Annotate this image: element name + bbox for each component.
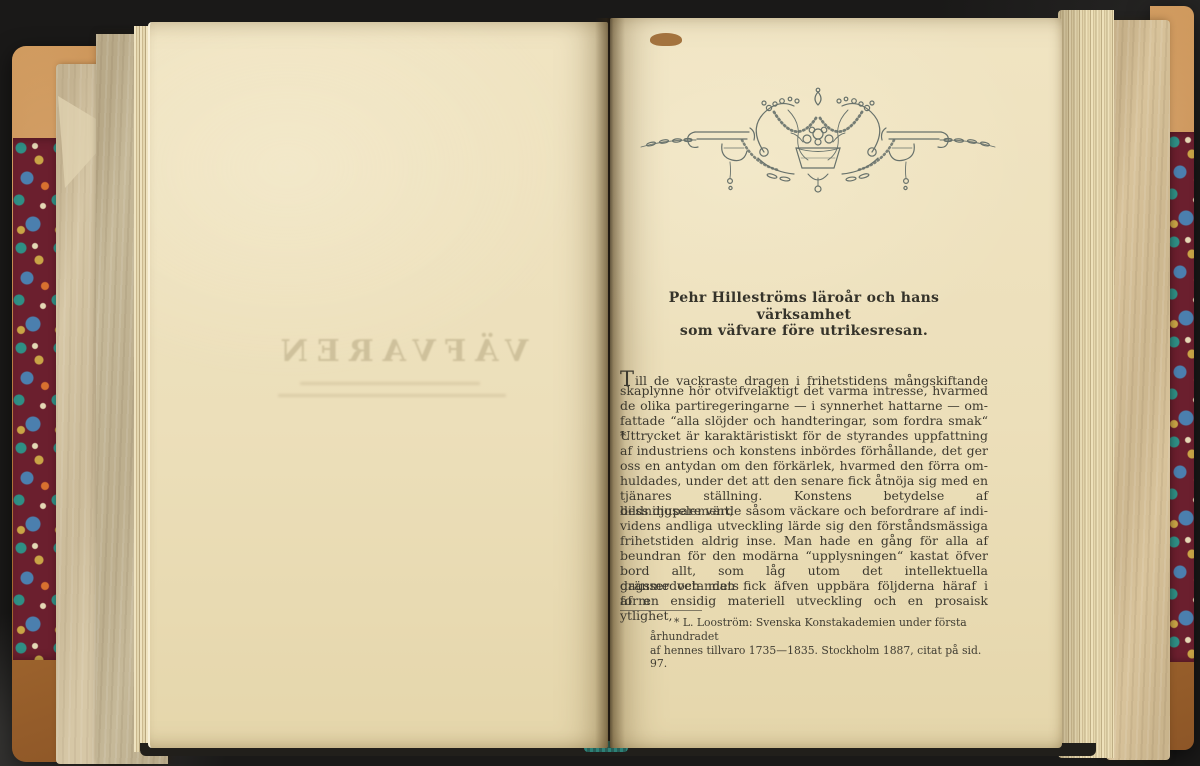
marbled-endpaper-right bbox=[1166, 132, 1194, 662]
rococo-headpiece-ornament-icon bbox=[638, 84, 998, 196]
body-line: beundran för den modärna “upplysningen“ … bbox=[620, 548, 988, 563]
body-line: Uttrycket är karaktäristiskt för de styr… bbox=[620, 428, 988, 443]
footnote-line-2: af hennes tillvaro 1735—1835. Stockholm … bbox=[650, 644, 986, 672]
body-line: frihetstiden aldrig inse. Man hade en gå… bbox=[620, 533, 988, 548]
chapter-heading-line-2: som väfvare före utrikesresan. bbox=[620, 323, 988, 340]
right-page: Pehr Hilleströms läroår och hans värksam… bbox=[610, 18, 1062, 748]
body-line: Till de vackraste dragen i frihetstidens… bbox=[620, 368, 988, 383]
footnote-rule bbox=[620, 610, 702, 611]
body-line: huldades, under det att den senare fick … bbox=[620, 473, 988, 488]
body-text: Till de vackraste dragen i frihetstidens… bbox=[620, 368, 988, 608]
drop-cap: T bbox=[620, 369, 634, 390]
body-line: af industriens och konstens inbördes för… bbox=[620, 443, 988, 458]
body-line: fattade “alla slöjder och handteringar, … bbox=[620, 413, 988, 428]
body-line: skaplynne hör otvifvelaktigt det varma i… bbox=[620, 383, 988, 398]
body-line: dess djupare värde såsom väckare och bef… bbox=[620, 503, 988, 518]
fore-edge-page-stack bbox=[1058, 10, 1114, 758]
chapter-heading: Pehr Hilleströms läroår och hans värksam… bbox=[620, 290, 988, 340]
left-page: VÄFVAREN bbox=[148, 22, 608, 748]
showthrough-smear bbox=[278, 394, 506, 397]
body-line: de olika partiregeringarne — i synnerhet… bbox=[620, 398, 988, 413]
body-line: gränser och man fick äfven uppbära följd… bbox=[620, 578, 988, 593]
body-line: af en ensidig materiell utveckling och e… bbox=[620, 593, 988, 608]
photo-backdrop: VÄFVAREN bbox=[0, 0, 1200, 766]
body-line: tjänares ställning. Konstens betydelse a… bbox=[620, 488, 988, 503]
showthrough-title: VÄFVAREN bbox=[245, 334, 555, 369]
tissue-guard-right bbox=[1106, 20, 1170, 760]
footnote: * L. Looström: Svenska Konstakademien un… bbox=[650, 616, 986, 671]
body-line: videns andliga utveckling lärde sig den … bbox=[620, 518, 988, 533]
spine-top-sliver bbox=[650, 33, 682, 46]
footnote-line-1: * L. Looström: Svenska Konstakademien un… bbox=[650, 616, 986, 644]
body-line: oss en antydan om den förkärlek, hvarmed… bbox=[620, 458, 988, 473]
body-line: bord allt, som låg utom det intellektuel… bbox=[620, 563, 988, 578]
chapter-heading-line-1: Pehr Hilleströms läroår och hans värksam… bbox=[620, 290, 988, 323]
showthrough-smear bbox=[300, 382, 480, 385]
